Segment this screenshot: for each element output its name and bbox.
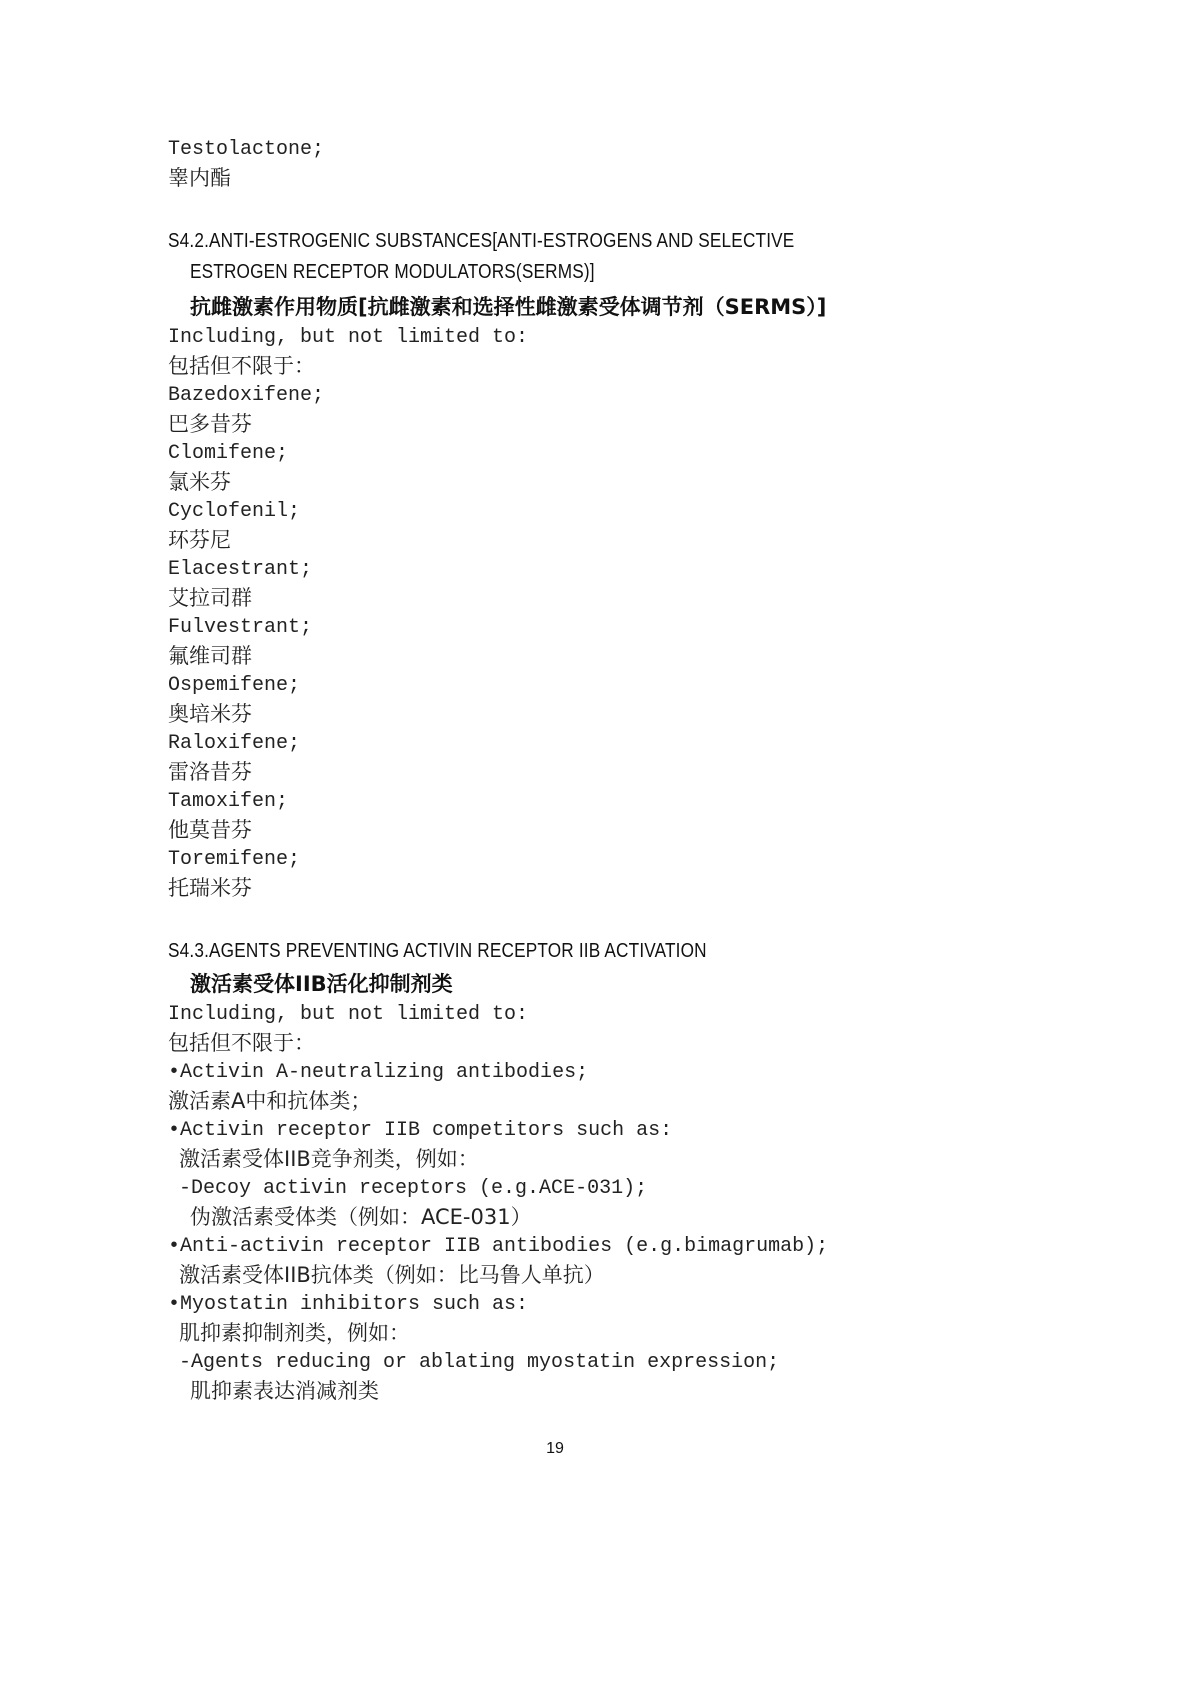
section-heading-s4-3: S4.3.AGENTS PREVENTING ACTIVIN RECEPTOR … (168, 937, 707, 966)
list-item-en: Elacestrant; (168, 555, 312, 584)
sub-item-en: -Agents reducing or ablating myostatin e… (179, 1348, 779, 1377)
section-heading-s4-2-line2: ESTROGEN RECEPTOR MODULATORS(SERMS)] (190, 258, 595, 287)
intro-en: Including, but not limited to: (168, 323, 528, 352)
item-cn-testolactone: 睾内酯 (168, 164, 231, 193)
bullet-item-en: •Activin A-neutralizing antibodies; (168, 1058, 588, 1087)
item-en-testolactone: Testolactone; (168, 135, 324, 164)
document-page: Testolactone; 睾内酯 S4.2.ANTI-ESTROGENIC S… (0, 0, 1190, 1683)
page-number: 19 (0, 1440, 1110, 1458)
list-item-cn: 他莫昔芬 (168, 816, 252, 845)
section-heading-s4-2-cn: 抗雌激素作用物质[抗雌激素和选择性雌激素受体调节剂（SERMS）] (190, 293, 826, 322)
list-item-cn: 氟维司群 (168, 642, 252, 671)
sub-item-cn: 伪激活素受体类（例如：ACE-031） (190, 1203, 532, 1232)
list-item-cn: 环芬尼 (168, 526, 231, 555)
section-heading-s4-3-cn: 激活素受体IIB活化抑制剂类 (190, 970, 453, 999)
list-item-cn: 氯米芬 (168, 468, 231, 497)
bullet-item-en: •Anti-activin receptor IIB antibodies (e… (168, 1232, 828, 1261)
list-item-en: Cyclofenil; (168, 497, 300, 526)
list-item-en: Clomifene; (168, 439, 288, 468)
list-item-en: Tamoxifen; (168, 787, 288, 816)
bullet-item-en: •Activin receptor IIB competitors such a… (168, 1116, 672, 1145)
intro-en: Including, but not limited to: (168, 1000, 528, 1029)
list-item-cn: 雷洛昔芬 (168, 758, 252, 787)
list-item-en: Fulvestrant; (168, 613, 312, 642)
list-item-en: Ospemifene; (168, 671, 300, 700)
bullet-item-cn: 激活素受体IIB抗体类（例如：比马鲁人单抗） (179, 1261, 605, 1290)
list-item-en: Toremifene; (168, 845, 300, 874)
list-item-cn: 巴多昔芬 (168, 410, 252, 439)
list-item-cn: 艾拉司群 (168, 584, 252, 613)
bullet-item-cn: 激活素受体IIB竞争剂类，例如： (179, 1145, 479, 1174)
bullet-item-cn: 激活素A中和抗体类； (168, 1087, 371, 1116)
bullet-item-en: •Myostatin inhibitors such as: (168, 1290, 528, 1319)
list-item-en: Bazedoxifene; (168, 381, 324, 410)
list-item-en: Raloxifene; (168, 729, 300, 758)
sub-item-cn: 肌抑素表达消减剂类 (190, 1377, 379, 1406)
list-item-cn: 托瑞米芬 (168, 874, 252, 903)
bullet-item-cn: 肌抑素抑制剂类，例如： (179, 1319, 410, 1348)
intro-cn: 包括但不限于： (168, 1029, 315, 1058)
section-heading-s4-2-line1: S4.2.ANTI-ESTROGENIC SUBSTANCES[ANTI-EST… (168, 227, 794, 256)
list-item-cn: 奥培米芬 (168, 700, 252, 729)
intro-cn: 包括但不限于： (168, 352, 315, 381)
sub-item-en: -Decoy activin receptors (e.g.ACE-031); (179, 1174, 647, 1203)
